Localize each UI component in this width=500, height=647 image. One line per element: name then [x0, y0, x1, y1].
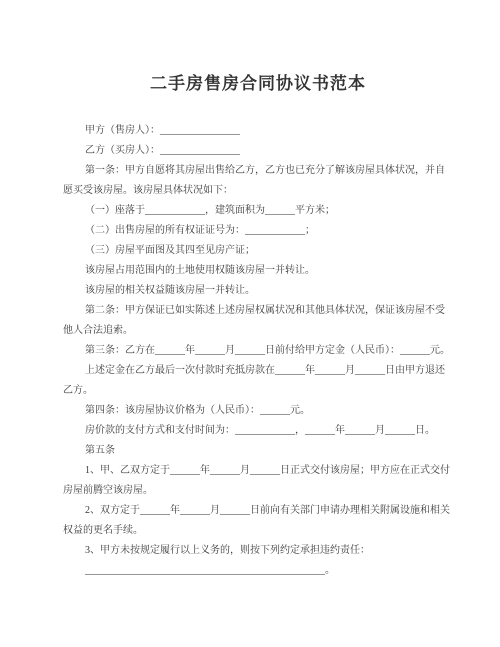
document-title: 二手房售房合同协议书范本: [63, 72, 453, 96]
article-4: 第四条：该房屋协议价格为（人民币）：______元。: [63, 401, 453, 421]
party-a-line: 甲方（售房人）：________________: [63, 121, 453, 141]
article-5-heading: 第五条: [63, 441, 453, 461]
deposit-refund-clause: 上述定金在乙方最后一次付款时充抵房款在______年______月______日…: [63, 361, 453, 401]
rights-clause: 该房屋的相关权益随该房屋一并转让。: [63, 281, 453, 301]
contract-document-page: 二手房售房合同协议书范本 甲方（售房人）：________________ 乙方…: [0, 0, 500, 647]
article-1-item-1: （一）座落于____________，建筑面积为______平方米；: [63, 201, 453, 221]
article-5-item-3: 3、甲方未按规定履行以上义务的，则按下列约定承担违约责任：: [63, 541, 453, 561]
party-b-line: 乙方（买房人）：________________: [63, 141, 453, 161]
land-use-clause: 该房屋占用范围内的土地使用权随该房屋一并转让。: [63, 261, 453, 281]
article-2: 第二条：甲方保证已如实陈述上述房屋权属状况和其他具体状况，保证该房屋不受他人合法…: [63, 301, 453, 341]
article-1-item-2: （二）出售房屋的所有权证证号为：____________；: [63, 221, 453, 241]
article-5-item-1: 1、甲、乙双方定于______年______月______日正式交付该房屋；甲方…: [63, 461, 453, 501]
article-1-item-3: （三）房屋平面图及其四至见房产证；: [63, 241, 453, 261]
payment-terms-clause: 房价款的支付方式和支付时间为：____________，______年_____…: [63, 421, 453, 441]
article-3: 第三条：乙方在______年______月______日前付给甲方定金（人民币）…: [63, 341, 453, 361]
liability-blank-line: ________________________________________…: [63, 561, 453, 581]
article-1: 第一条：甲方自愿将其房屋出售给乙方，乙方也已充分了解该房屋具体状况，并自愿买受该…: [63, 161, 453, 201]
article-5-item-2: 2、双方定于______年______月______日前向有关部门申请办理相关附…: [63, 501, 453, 541]
